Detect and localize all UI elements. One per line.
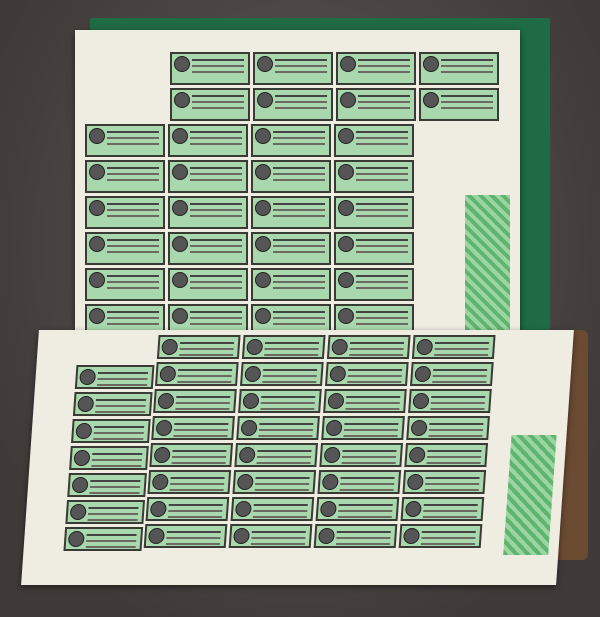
coupon: [325, 362, 409, 386]
coupon: [236, 416, 320, 440]
green-border-ornament: [465, 195, 510, 330]
coupon: [85, 196, 165, 229]
coupon: [412, 335, 496, 359]
coupon: [170, 88, 250, 121]
coupon: [253, 88, 333, 121]
coupon: [319, 443, 403, 467]
coupon: [73, 392, 153, 416]
coupon: [419, 88, 499, 121]
coupon: [316, 497, 400, 521]
coupon: [334, 232, 414, 265]
coupon: [63, 527, 143, 551]
top-sheet: [75, 30, 520, 340]
coupon: [85, 124, 165, 157]
bottom-coupon-grid: [144, 335, 496, 548]
green-border-ornament: [503, 435, 556, 555]
coupon: [67, 473, 147, 497]
top-coupon-grid: [170, 52, 499, 121]
coupon: [334, 268, 414, 301]
coupon: [419, 52, 499, 85]
coupon: [168, 268, 248, 301]
coupon: [146, 497, 230, 521]
coupon: [149, 443, 233, 467]
coupon: [240, 362, 324, 386]
coupon: [85, 268, 165, 301]
coupon: [232, 470, 316, 494]
coupon: [334, 124, 414, 157]
coupon: [168, 124, 248, 157]
coupon: [406, 416, 490, 440]
coupon: [323, 389, 407, 413]
coupon: [399, 524, 483, 548]
coupon: [170, 52, 250, 85]
coupon: [229, 524, 313, 548]
coupon: [168, 160, 248, 193]
coupon: [336, 88, 416, 121]
coupon: [234, 443, 318, 467]
coupon: [314, 524, 398, 548]
coupon: [85, 232, 165, 265]
coupon: [144, 524, 228, 548]
coupon: [147, 470, 231, 494]
coupon: [253, 52, 333, 85]
coupon: [321, 416, 405, 440]
coupon: [410, 362, 494, 386]
coupon: [327, 335, 411, 359]
coupon: [334, 160, 414, 193]
coupon: [71, 419, 151, 443]
coupon: [151, 416, 235, 440]
coupon: [401, 497, 485, 521]
coupon: [408, 389, 492, 413]
coupon: [155, 362, 239, 386]
coupon: [153, 389, 237, 413]
bottom-sheet: [21, 330, 574, 585]
coupon: [85, 160, 165, 193]
coupon: [251, 124, 331, 157]
coupon: [75, 365, 155, 389]
coupon: [317, 470, 401, 494]
coupon: [334, 196, 414, 229]
coupon: [251, 160, 331, 193]
top-coupon-grid-main: [85, 124, 414, 337]
coupon: [402, 470, 486, 494]
coupon: [251, 196, 331, 229]
coupon: [251, 268, 331, 301]
coupon: [251, 232, 331, 265]
coupon: [404, 443, 488, 467]
coupon: [168, 196, 248, 229]
coupon: [69, 446, 149, 470]
coupon: [242, 335, 326, 359]
coupon: [65, 500, 145, 524]
coupon: [231, 497, 315, 521]
coupon: [157, 335, 241, 359]
coupon: [336, 52, 416, 85]
bottom-left-coupon-grid: [63, 365, 154, 551]
coupon: [238, 389, 322, 413]
coupon: [168, 232, 248, 265]
